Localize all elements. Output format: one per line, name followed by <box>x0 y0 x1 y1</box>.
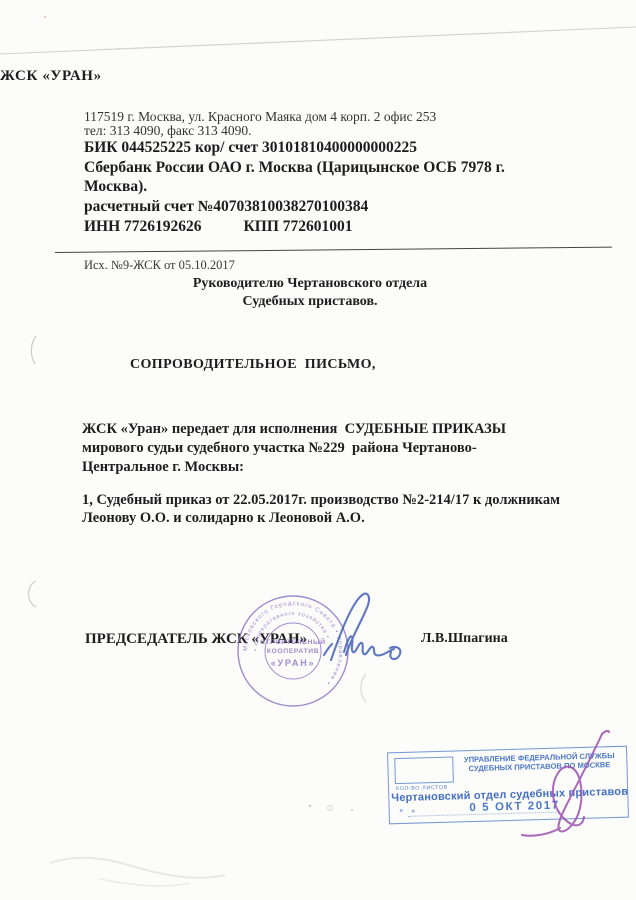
org-inn-kpp-row: ИНН 7726192626КПП 772601001 <box>84 218 353 236</box>
org-bank-line2: Москва). <box>84 178 147 196</box>
scan-mark-paren <box>352 670 378 706</box>
body-para1-line3: Центральное г. Москвы: <box>82 459 244 476</box>
org-settlement-account: расчетный счет №40703810038270100384 <box>84 198 368 216</box>
arrival-stamp-number-box <box>394 757 454 785</box>
arrival-stamp-dot <box>412 810 415 813</box>
addressee-line-1: Руководителю Чертановского отдела <box>150 276 470 292</box>
scan-mark-left-1 <box>20 330 50 370</box>
scan-mark-left-2 <box>18 576 48 612</box>
scan-smudge-bottom <box>40 845 260 895</box>
round-seal-center-line3: «УРАН» <box>271 658 316 668</box>
scan-edge-line <box>0 0 636 64</box>
body-para2-line2: Леонову О.О. и солидарно к Леоновой А.О. <box>82 510 365 527</box>
round-seal-center-line1: СТРОИТЕЛЬНЫЙ <box>260 637 326 646</box>
body-para1-line2: мирового судьи судебного участка №229 ра… <box>82 440 477 457</box>
reference-line: Исх. №9-ЖСК от 05.10.2017 <box>84 258 235 273</box>
org-title: ЖСК «УРАН» <box>0 68 546 85</box>
signer-name: Л.В.Шпагина <box>421 631 508 647</box>
body-para2-line1: 1, Судебный приказ от 22.05.2017г. произ… <box>82 492 560 509</box>
body-para1-line1: ЖСК «Уран» передает для исполнения СУДЕБ… <box>82 421 506 438</box>
letterhead-divider <box>55 247 612 253</box>
receiving-signature-ink <box>512 725 618 843</box>
org-inn: ИНН 7726192626 <box>84 218 202 235</box>
chairman-signature-ink <box>318 588 410 670</box>
org-bank-line1: Сбербанк России ОАО г. Москва (Царицынск… <box>84 159 505 177</box>
addressee-line-2: Судебных приставов. <box>150 294 470 310</box>
round-seal-center-line2: КООПЕРАТИВ <box>267 648 320 655</box>
arrival-stamp-dot <box>400 809 403 812</box>
scan-specks <box>300 798 380 818</box>
scanned-letter-page: ЖСК «УРАН» 117519 г. Москва, ул. Красног… <box>0 0 636 900</box>
org-kpp: КПП 772601001 <box>244 218 353 235</box>
org-phone-fax: тел: 313 4090, факс 313 4090. <box>84 123 251 139</box>
letter-title: СОПРОВОДИТЕЛЬНОЕ ПИСЬМО, <box>130 357 376 373</box>
org-bik-account: БИК 044525225 кор/ счет 3010181040000000… <box>84 139 417 157</box>
